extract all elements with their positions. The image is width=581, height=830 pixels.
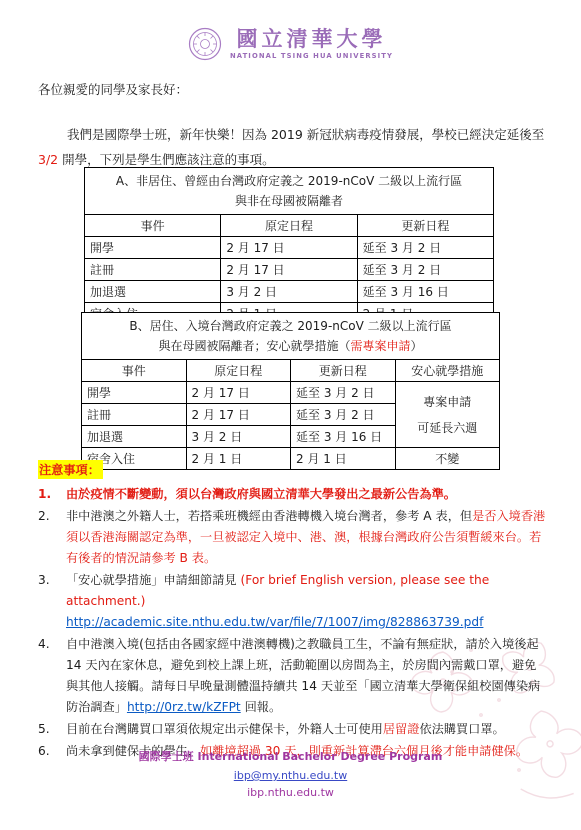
table-a-title-row: A、非居住、曾經由台灣政府定義之 2019-nCoV 二級以上流行區 與非在母國… xyxy=(85,168,494,215)
table-a-non-residents: A、非居住、曾經由台灣政府定義之 2019-nCoV 二級以上流行區 與非在母國… xyxy=(84,167,494,325)
table-row: 開學 2 月 17 日 延至 3 月 2 日 xyxy=(85,237,494,259)
col-header-updated-date: 更新日程 xyxy=(291,360,396,382)
university-name: 國立清華大學 xyxy=(230,28,393,50)
note-text: 自中港澳入境(包括由各國家經中港澳轉機)之教職員工生，不論有無症狀，請於入境後起… xyxy=(66,634,547,718)
intro-text-2: 開學，下列是學生們應該注意的事項。 xyxy=(58,152,274,167)
university-logo: 國立清華大學 NATIONAL TSING HUA UNIVERSITY xyxy=(0,27,581,61)
table-b-title-row: B、居住、入境台灣政府定義之 2019-nCoV 二級以上流行區 與在母國被隔離… xyxy=(82,313,500,360)
health-report-link[interactable]: http://0rz.tw/kZFPt xyxy=(127,700,241,714)
table-b-title: B、居住、入境台灣政府定義之 2019-nCoV 二級以上流行區 與在母國被隔離… xyxy=(82,313,500,360)
special-application-note: 需專案申請 xyxy=(350,339,410,353)
intro-paragraph: 我們是國際學士班，新年快樂！因為 2019 新冠狀病毒疫情發展，學校已經決定延後… xyxy=(38,122,545,172)
note-number: 5. xyxy=(38,719,66,740)
notes-title: 注意事項： xyxy=(38,460,103,479)
col-header-original-date: 原定日程 xyxy=(186,360,291,382)
note-item-3: 3. 「安心就學措施」申請細節請見 (For brief English ver… xyxy=(38,570,547,633)
email-link[interactable]: ibp@my.nthu.edu.tw xyxy=(234,769,347,782)
intro-date-highlight: 3/2 xyxy=(38,152,58,167)
table-b-residents: B、居住、入境台灣政府定義之 2019-nCoV 二級以上流行區 與在母國被隔離… xyxy=(81,312,500,470)
note-number: 3. xyxy=(38,570,66,633)
notes-list: 1. 由於疫情不斷變動，須以台灣政府與國立清華大學發出之最新公告為準。 2. 非… xyxy=(38,484,547,762)
table-row: 註冊 2 月 17 日 延至 3 月 2 日 xyxy=(85,259,494,281)
program-name: 國際學士班 International Bachelor Degree Prog… xyxy=(0,748,581,765)
greeting-line: 各位親愛的同學及家長好： xyxy=(38,80,188,98)
note-number: 2. xyxy=(38,506,66,569)
table-a-title: A、非居住、曾經由台灣政府定義之 2019-nCoV 二級以上流行區 與非在母國… xyxy=(85,168,494,215)
safe-study-pdf-link[interactable]: http://academic.site.nthu.edu.tw/var/fil… xyxy=(66,612,547,633)
document-page: 國立清華大學 NATIONAL TSING HUA UNIVERSITY 各位親… xyxy=(0,0,581,830)
note-number: 1. xyxy=(38,484,66,505)
intro-text-1: 我們是國際學士班，新年快樂！因為 2019 新冠狀病毒疫情發展，學校已經決定延後… xyxy=(67,127,544,142)
note-number: 4. xyxy=(38,634,66,718)
website-text: ibp.nthu.edu.tw xyxy=(0,784,581,801)
table-a-header-row: 事件 原定日程 更新日程 xyxy=(85,215,494,237)
note-text: 非中港澳之外籍人士，若搭乘班機經由香港轉機入境台灣者，參考 A 表，但是否入境香… xyxy=(66,506,547,569)
merged-measure-cell: 專案申請 可延長六週 xyxy=(395,382,500,448)
notes-section: 注意事項： 1. 由於疫情不斷變動，須以台灣政府與國立清華大學發出之最新公告為準… xyxy=(38,460,547,762)
university-name-english: NATIONAL TSING HUA UNIVERSITY xyxy=(230,52,393,60)
table-b-header-row: 事件 原定日程 更新日程 安心就學措施 xyxy=(82,360,500,382)
note-item-5: 5. 目前在台灣購買口罩須依規定出示健保卡，外籍人士可使用居留證依法購買口罩。 xyxy=(38,719,547,740)
note-text: 目前在台灣購買口罩須依規定出示健保卡，外籍人士可使用居留證依法購買口罩。 xyxy=(66,719,547,740)
col-header-event: 事件 xyxy=(85,215,221,237)
col-header-study-measure: 安心就學措施 xyxy=(395,360,500,382)
note-item-2: 2. 非中港澳之外籍人士，若搭乘班機經由香港轉機入境台灣者，參考 A 表，但是否… xyxy=(38,506,547,569)
university-seal-icon xyxy=(188,27,222,61)
note-text: 「安心就學措施」申請細節請見 (For brief English versio… xyxy=(66,570,547,633)
footer-email-line: ibp@my.nthu.edu.tw xyxy=(0,765,581,784)
note-text: 由於疫情不斷變動，須以台灣政府與國立清華大學發出之最新公告為準。 xyxy=(66,484,547,505)
note-item-1: 1. 由於疫情不斷變動，須以台灣政府與國立清華大學發出之最新公告為準。 xyxy=(38,484,547,505)
note-item-4: 4. 自中港澳入境(包括由各國家經中港澳轉機)之教職員工生，不論有無症狀，請於入… xyxy=(38,634,547,718)
col-header-updated-date: 更新日程 xyxy=(357,215,493,237)
footer: 國際學士班 International Bachelor Degree Prog… xyxy=(0,748,581,801)
col-header-event: 事件 xyxy=(82,360,187,382)
table-row: 加退選 3 月 2 日 延至 3 月 16 日 xyxy=(85,281,494,303)
col-header-original-date: 原定日程 xyxy=(221,215,357,237)
table-row: 開學 2 月 17 日 延至 3 月 2 日 專案申請 可延長六週 xyxy=(82,382,500,404)
